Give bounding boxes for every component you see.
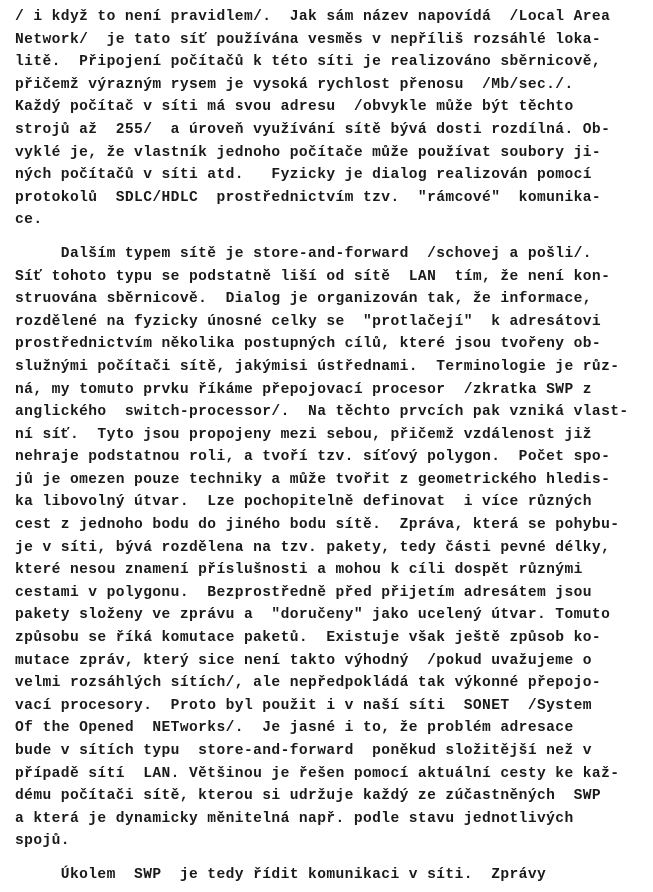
text-line: / i když to není pravidlem/. Jak sám náz… (15, 6, 650, 29)
paragraph-gap (15, 232, 650, 243)
text-line: pakety složeny ve zprávu a "doručeny" ja… (15, 604, 650, 627)
text-line: Síť tohoto typu se podstatně liší od sít… (15, 266, 650, 289)
text-line: vyklé je, že vlastník jednoho počítače m… (15, 142, 650, 165)
text-line: litě. Připojení počítačů k této síti je … (15, 51, 650, 74)
text-line: jů je omezen pouze techniky a může tvoři… (15, 469, 650, 492)
text-line: Network/ je tato síť používána vesměs v … (15, 29, 650, 52)
text-line: přičemž výrazným rysem je vysoká rychlos… (15, 74, 650, 97)
text-line: spojů. (15, 830, 650, 853)
text-line: strojů až 255/ a úroveň využívání sítě b… (15, 119, 650, 142)
text-line: cest z jednoho bodu do jiného bodu sítě.… (15, 514, 650, 537)
paragraph: / i když to není pravidlem/. Jak sám náz… (15, 6, 650, 232)
text-line: služnými počítači sítě, jakýmisi ústředn… (15, 356, 650, 379)
paragraph-gap (15, 853, 650, 864)
paragraph: Úkolem SWP je tedy řídit komunikaci v sí… (15, 864, 650, 887)
text-line: ce. (15, 209, 650, 232)
text-line: ní síť. Tyto jsou propojeny mezi sebou, … (15, 424, 650, 447)
text-line: způsobu se říká komutace paketů. Existuj… (15, 627, 650, 650)
text-line: je v síti, bývá rozdělena na tzv. pakety… (15, 537, 650, 560)
text-line: protokolů SDLC/HDLC prostřednictvím tzv.… (15, 187, 650, 210)
typewritten-page: / i když to není pravidlem/. Jak sám náz… (15, 6, 650, 887)
text-line: bude v sítích typu store-and-forward pon… (15, 740, 650, 763)
text-line: dému počítači sítě, kterou si udržuje ka… (15, 785, 650, 808)
text-line: rozdělené na fyzicky únosné celky se "pr… (15, 311, 650, 334)
text-line: ka libovolný útvar. Lze pochopitelně def… (15, 491, 650, 514)
text-line: velmi rozsáhlých sítích/, ale nepředpokl… (15, 672, 650, 695)
text-line: Úkolem SWP je tedy řídit komunikaci v sí… (15, 864, 650, 887)
text-line: ných počítačů v síti atd. Fyzicky je dia… (15, 164, 650, 187)
text-line: cestami v polygonu. Bezprostředně před p… (15, 582, 650, 605)
text-line: anglického switch-processor/. Na těchto … (15, 401, 650, 424)
text-line: vací procesory. Proto byl použit i v naš… (15, 695, 650, 718)
text-line: Každý počítač v síti má svou adresu /obv… (15, 96, 650, 119)
text-line: nehraje podstatnou roli, a tvoří tzv. sí… (15, 446, 650, 469)
text-line: ná, my tomuto prvku říkáme přepojovací p… (15, 379, 650, 402)
text-line: prostřednictvím několika postupných cílů… (15, 333, 650, 356)
paragraph: Dalším typem sítě je store-and-forward /… (15, 243, 650, 853)
text-line: struována sběrnicově. Dialog je organizo… (15, 288, 650, 311)
text-line: Of the Opened NETworks/. Je jasné i to, … (15, 717, 650, 740)
text-line: Dalším typem sítě je store-and-forward /… (15, 243, 650, 266)
text-line: a která je dynamicky měnitelná např. pod… (15, 808, 650, 831)
text-line: které nesou znamení příslušnosti a mohou… (15, 559, 650, 582)
text-line: mutace zpráv, který sice není takto výho… (15, 650, 650, 673)
text-line: případě sítí LAN. Většinou je řešen pomo… (15, 763, 650, 786)
